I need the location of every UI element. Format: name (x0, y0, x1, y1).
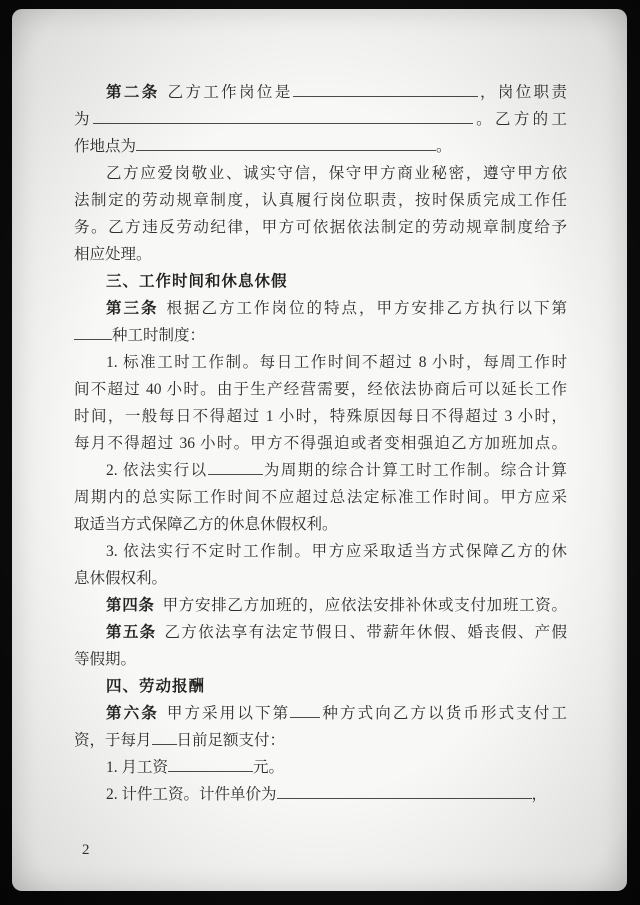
text-run: ， (532, 786, 548, 803)
text-run: 息休假权利。 (74, 570, 167, 587)
text-line: 间不超过 40 小时。由于生产经营需要，经依法协商后可以延长工作 (74, 376, 567, 403)
text-line: 乙方应爱岗敬业、诚实守信，保守甲方商业秘密，遵守甲方依 (74, 160, 567, 187)
text-run: 。 (436, 138, 452, 155)
text-line: 为。乙方的工 (74, 106, 567, 133)
blank-field (208, 461, 263, 475)
paragraph: 1. 月工资元。 (74, 754, 567, 781)
paragraph: 2. 依法实行以为周期的综合计算工时工作制。综合计算周期内的总实际工作时间不应超… (74, 457, 567, 538)
text-line: 1. 月工资元。 (74, 754, 567, 781)
text-run: 1. 标准工时工作制。每日工作时间不超过 8 小时，每周工作时 (106, 354, 567, 371)
text-run: 2. 计件工资。计件单价为 (106, 786, 277, 803)
text-run: 甲方安排乙方加班的，应依法安排补休或支付加班工资。 (163, 597, 567, 614)
text-line: 第三条根据乙方工作岗位的特点，甲方安排乙方执行以下第 (74, 295, 567, 322)
blank-field (290, 704, 320, 718)
text-run: 。乙方的工 (473, 111, 567, 128)
clause-number: 第六条 (106, 705, 159, 722)
text-line: 第六条甲方采用以下第种方式向乙方以货币形式支付工 (74, 700, 567, 727)
text-line: 2. 计件工资。计件单价为， (74, 781, 567, 808)
text-line: 四、劳动报酬 (74, 673, 567, 700)
text-run: 为周期的综合计算工时工作制。综合计算 (263, 462, 567, 479)
text-line: 1. 标准工时工作制。每日工作时间不超过 8 小时，每周工作时 (74, 349, 567, 376)
paragraph: 2. 计件工资。计件单价为， (74, 781, 567, 808)
text-run: 法制定的劳动规章制度，认真履行岗位职责，按时保质完成工作任 (74, 192, 567, 209)
page-number: 2 (82, 842, 90, 859)
text-run: 2. 依法实行以 (106, 462, 208, 479)
text-run: 1. 月工资 (106, 759, 168, 776)
text-run: 3. 依法实行不定时工作制。甲方应采取适当方式保障乙方的休 (106, 543, 567, 560)
paragraph: 3. 依法实行不定时工作制。甲方应采取适当方式保障乙方的休息休假权利。 (74, 538, 567, 592)
text-run: 三、工作时间和休息休假 (106, 273, 288, 290)
text-run: 周期内的总实际工作时间不应超过总法定标准工作时间。甲方应采 (74, 489, 567, 506)
text-line: 种工时制度： (74, 322, 567, 349)
blank-field (74, 326, 112, 340)
text-line: 三、工作时间和休息休假 (74, 268, 567, 295)
section-heading: 三、工作时间和休息休假 (74, 268, 567, 295)
text-run: 作地点为 (74, 138, 136, 155)
section-heading: 四、劳动报酬 (74, 673, 567, 700)
clause-number: 第四条 (106, 597, 155, 614)
text-run: 元。 (253, 759, 284, 776)
blank-field (168, 758, 253, 772)
paragraph: 乙方应爱岗敬业、诚实守信，保守甲方商业秘密，遵守甲方依法制定的劳动规章制度，认真… (74, 160, 567, 268)
text-run: 间不超过 40 小时。由于生产经营需要，经依法协商后可以延长工作 (74, 381, 567, 398)
blank-field (277, 785, 532, 799)
paragraph: 第六条甲方采用以下第种方式向乙方以货币形式支付工资，于每月日前足额支付： (74, 700, 567, 754)
text-line: 取适当方式保障乙方的休息休假权利。 (74, 511, 567, 538)
text-run: 种工时制度： (112, 327, 205, 344)
photo-background: 第二条乙方工作岗位是，岗位职责为。乙方的工作地点为。乙方应爱岗敬业、诚实守信，保… (0, 0, 640, 905)
text-line: 每月不得超过 36 小时。甲方不得强迫或者变相强迫乙方加班加点。 (74, 430, 567, 457)
text-line: 第二条乙方工作岗位是，岗位职责 (74, 79, 567, 106)
document-body: 第二条乙方工作岗位是，岗位职责为。乙方的工作地点为。乙方应爱岗敬业、诚实守信，保… (74, 79, 567, 808)
clause-number: 第三条 (106, 300, 159, 317)
clause-number: 第二条 (106, 84, 160, 101)
text-line: 资，于每月日前足额支付： (74, 727, 567, 754)
text-line: 作地点为。 (74, 133, 567, 160)
blank-field (293, 83, 478, 97)
text-run: 等假期。 (74, 651, 136, 668)
paragraph: 第二条乙方工作岗位是，岗位职责为。乙方的工作地点为。 (74, 79, 567, 160)
clause-number: 第五条 (106, 624, 156, 641)
text-run: 乙方工作岗位是 (168, 84, 293, 101)
text-run: 乙方应爱岗敬业、诚实守信，保守甲方商业秘密，遵守甲方依 (106, 165, 567, 182)
text-run: 日前足额支付： (177, 732, 286, 749)
text-line: 第五条乙方依法享有法定节假日、带薪年休假、婚丧假、产假 (74, 619, 567, 646)
text-line: 相应处理。 (74, 241, 567, 268)
text-line: 3. 依法实行不定时工作制。甲方应采取适当方式保障乙方的休 (74, 538, 567, 565)
text-line: 息休假权利。 (74, 565, 567, 592)
text-run: 相应处理。 (74, 246, 152, 263)
blank-field (93, 110, 473, 124)
text-line: 周期内的总实际工作时间不应超过总法定标准工作时间。甲方应采 (74, 484, 567, 511)
text-run: 四、劳动报酬 (106, 678, 205, 695)
text-run: 为 (74, 111, 93, 128)
text-run: 甲方采用以下第 (167, 705, 290, 722)
blank-field (152, 731, 177, 745)
text-run: 每月不得超过 36 小时。甲方不得强迫或者变相强迫乙方加班加点。 (74, 435, 567, 452)
text-run: 取适当方式保障乙方的休息休假权利。 (74, 516, 338, 533)
text-line: 第四条甲方安排乙方加班的，应依法安排补休或支付加班工资。 (74, 592, 567, 619)
blank-field (136, 137, 436, 151)
text-run: 种方式向乙方以货币形式支付工 (320, 705, 567, 722)
text-line: 时间，一般每日不得超过 1 小时，特殊原因每日不得超过 3 小时， (74, 403, 567, 430)
paragraph: 第五条乙方依法享有法定节假日、带薪年休假、婚丧假、产假等假期。 (74, 619, 567, 673)
text-run: 乙方依法享有法定节假日、带薪年休假、婚丧假、产假 (164, 624, 567, 641)
paragraph: 1. 标准工时工作制。每日工作时间不超过 8 小时，每周工作时间不超过 40 小… (74, 349, 567, 457)
text-run: ，岗位职责 (478, 84, 567, 101)
paragraph: 第三条根据乙方工作岗位的特点，甲方安排乙方执行以下第种工时制度： (74, 295, 567, 349)
text-line: 2. 依法实行以为周期的综合计算工时工作制。综合计算 (74, 457, 567, 484)
paragraph: 第四条甲方安排乙方加班的，应依法安排补休或支付加班工资。 (74, 592, 567, 619)
text-run: 资，于每月 (74, 732, 152, 749)
text-run: 务。乙方违反劳动纪律，甲方可依据依法制定的劳动规章制度给予 (74, 219, 567, 236)
text-line: 法制定的劳动规章制度，认真履行岗位职责，按时保质完成工作任 (74, 187, 567, 214)
text-run: 时间，一般每日不得超过 1 小时，特殊原因每日不得超过 3 小时， (74, 408, 567, 425)
text-run: 根据乙方工作岗位的特点，甲方安排乙方执行以下第 (167, 300, 567, 317)
text-line: 等假期。 (74, 646, 567, 673)
document-page: 第二条乙方工作岗位是，岗位职责为。乙方的工作地点为。乙方应爱岗敬业、诚实守信，保… (12, 9, 627, 891)
text-line: 务。乙方违反劳动纪律，甲方可依据依法制定的劳动规章制度给予 (74, 214, 567, 241)
